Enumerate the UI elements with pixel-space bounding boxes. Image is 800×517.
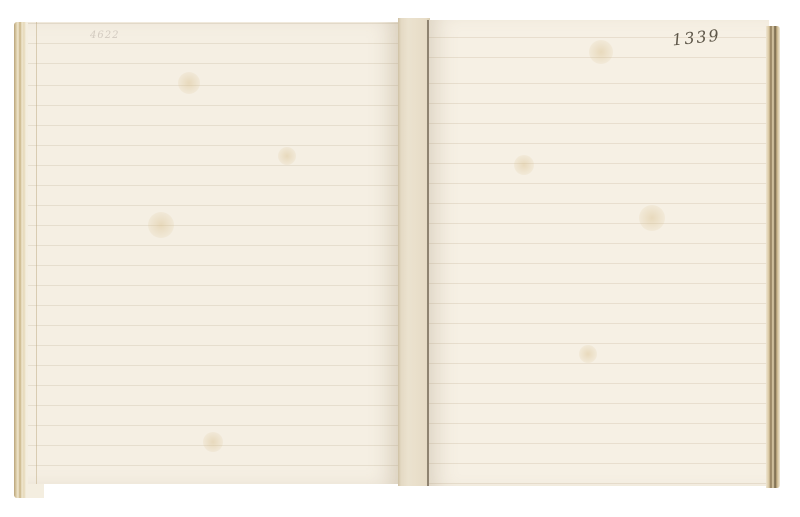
foxing-spot [278, 147, 296, 165]
foxing-spot [589, 40, 613, 64]
foxing-spot [514, 155, 534, 175]
left-page: 4622 [28, 22, 400, 484]
open-notebook: 4622 1339 [0, 0, 800, 517]
left-page-pencil-mark: 4622 [90, 30, 119, 41]
left-page-inner-edge [36, 22, 37, 484]
foxing-spot [639, 205, 665, 231]
foxing-spot [178, 72, 200, 94]
foxing-spot [148, 212, 174, 238]
foxing-spot [579, 345, 597, 363]
book-gutter [398, 18, 430, 486]
foxing-spot [203, 432, 223, 452]
right-page-edges [766, 26, 780, 488]
right-page [429, 20, 769, 486]
